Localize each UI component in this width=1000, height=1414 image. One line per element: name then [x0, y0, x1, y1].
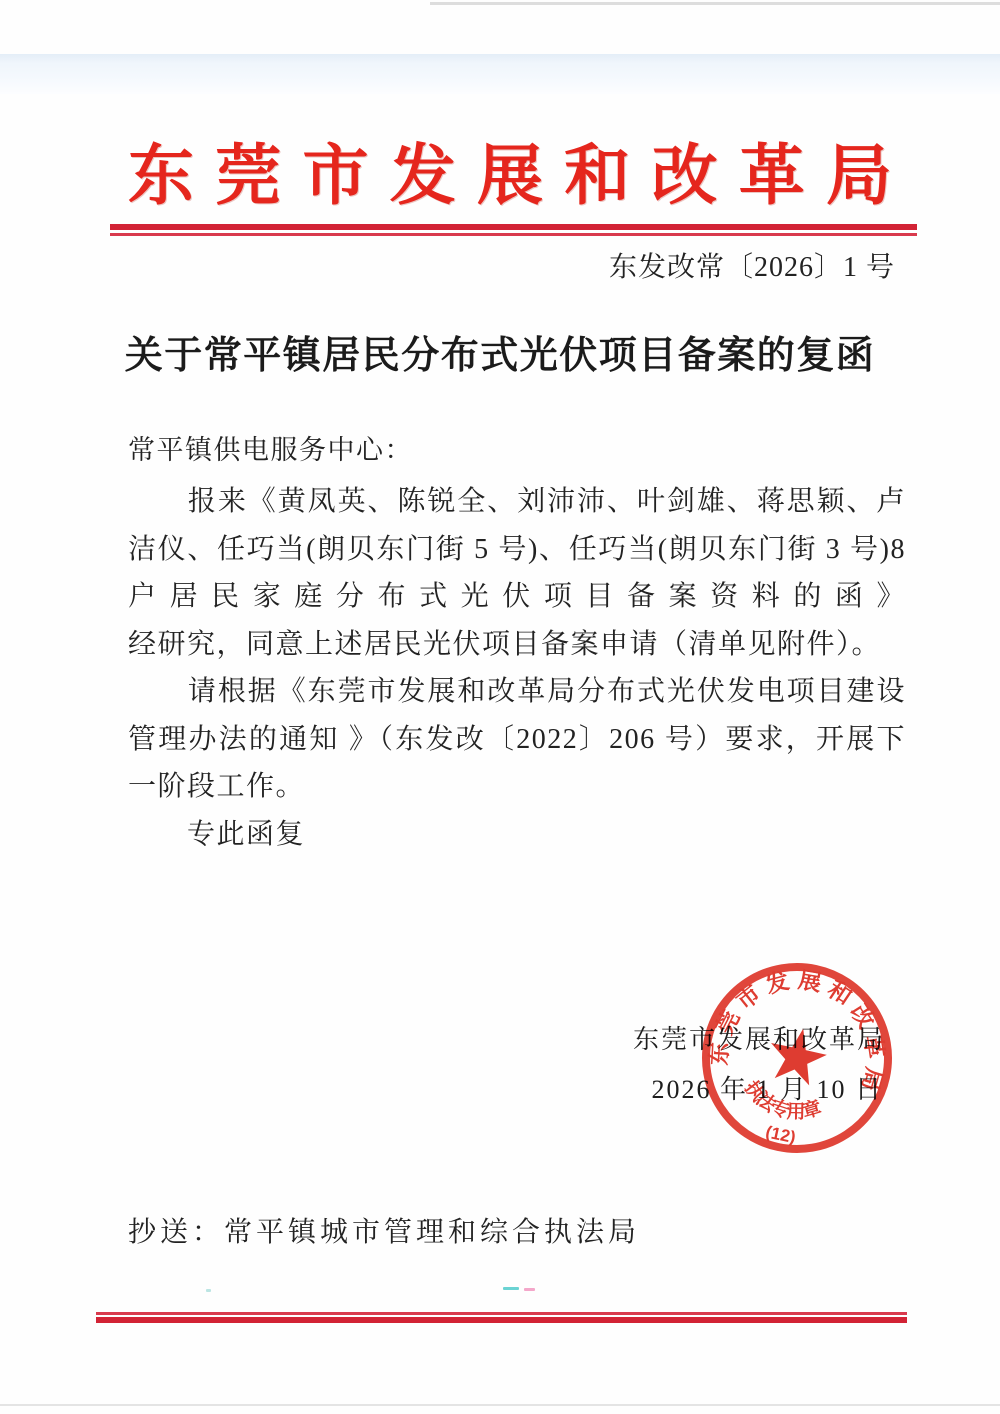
document-number: 东发改常〔2026〕1 号 — [400, 248, 895, 288]
scan-artifact-top-line — [430, 2, 1000, 5]
body-line: 管理办法的通知 》（东发改〔2022〕206 号）要求，开展下 — [128, 716, 906, 764]
seal-star — [764, 1023, 831, 1088]
scan-speck — [206, 1289, 211, 1292]
official-seal: 东莞市发展和改革局 执法专用章 (12) — [697, 958, 897, 1158]
document-body: 报来《黄凤英、陈锐全、刘沛沛、叶剑雄、蒋思颖、卢 洁仪、任巧当(朗贝东门街 5 … — [128, 478, 906, 858]
scan-artifact-bottom-edge — [0, 1404, 1000, 1406]
svg-text:执法专用章: 执法专用章 — [735, 1073, 829, 1130]
cc-line: 抄送：常平镇城市管理和综合执法局 — [128, 1212, 906, 1254]
body-closing-line: 专此函复 — [128, 811, 906, 859]
footer-separator-rule — [96, 1312, 907, 1323]
body-line: 一阶段工作。 — [128, 763, 906, 811]
scan-artifact-blue-band — [0, 54, 1000, 94]
body-line: 经研究，同意上述居民光伏项目备案申请（清单见附件）。 — [128, 621, 906, 669]
document-title: 关于常平镇居民分布式光伏项目备案的复函 — [100, 330, 900, 382]
body-line: 户居民家庭分布式光伏项目备案资料的函》及相关材料收悉。 — [128, 573, 906, 621]
seal-arc-text: 东莞市发展和改革局 — [702, 958, 897, 1102]
document-page: 东莞市发展和改革局 东发改常〔2026〕1 号 关于常平镇居民分布式光伏项目备案… — [0, 0, 1000, 1414]
letterhead-separator-rule — [110, 224, 917, 237]
salutation: 常平镇供电服务中心： — [128, 430, 906, 470]
svg-text:东莞市发展和改革局: 东莞市发展和改革局 — [702, 958, 897, 1102]
scan-speck — [503, 1287, 519, 1290]
seal-bottom-text: 执法专用章 — [735, 1073, 829, 1130]
letterhead-agency-title: 东莞市发展和改革局 — [128, 130, 892, 224]
scan-speck — [524, 1288, 535, 1291]
body-line: 请根据《东莞市发展和改革局分布式光伏发电项目建设 — [128, 668, 906, 716]
body-line: 洁仪、任巧当(朗贝东门街 5 号)、任巧当(朗贝东门街 3 号)8 — [128, 526, 906, 574]
body-line: 报来《黄凤英、陈锐全、刘沛沛、叶剑雄、蒋思颖、卢 — [128, 478, 906, 526]
